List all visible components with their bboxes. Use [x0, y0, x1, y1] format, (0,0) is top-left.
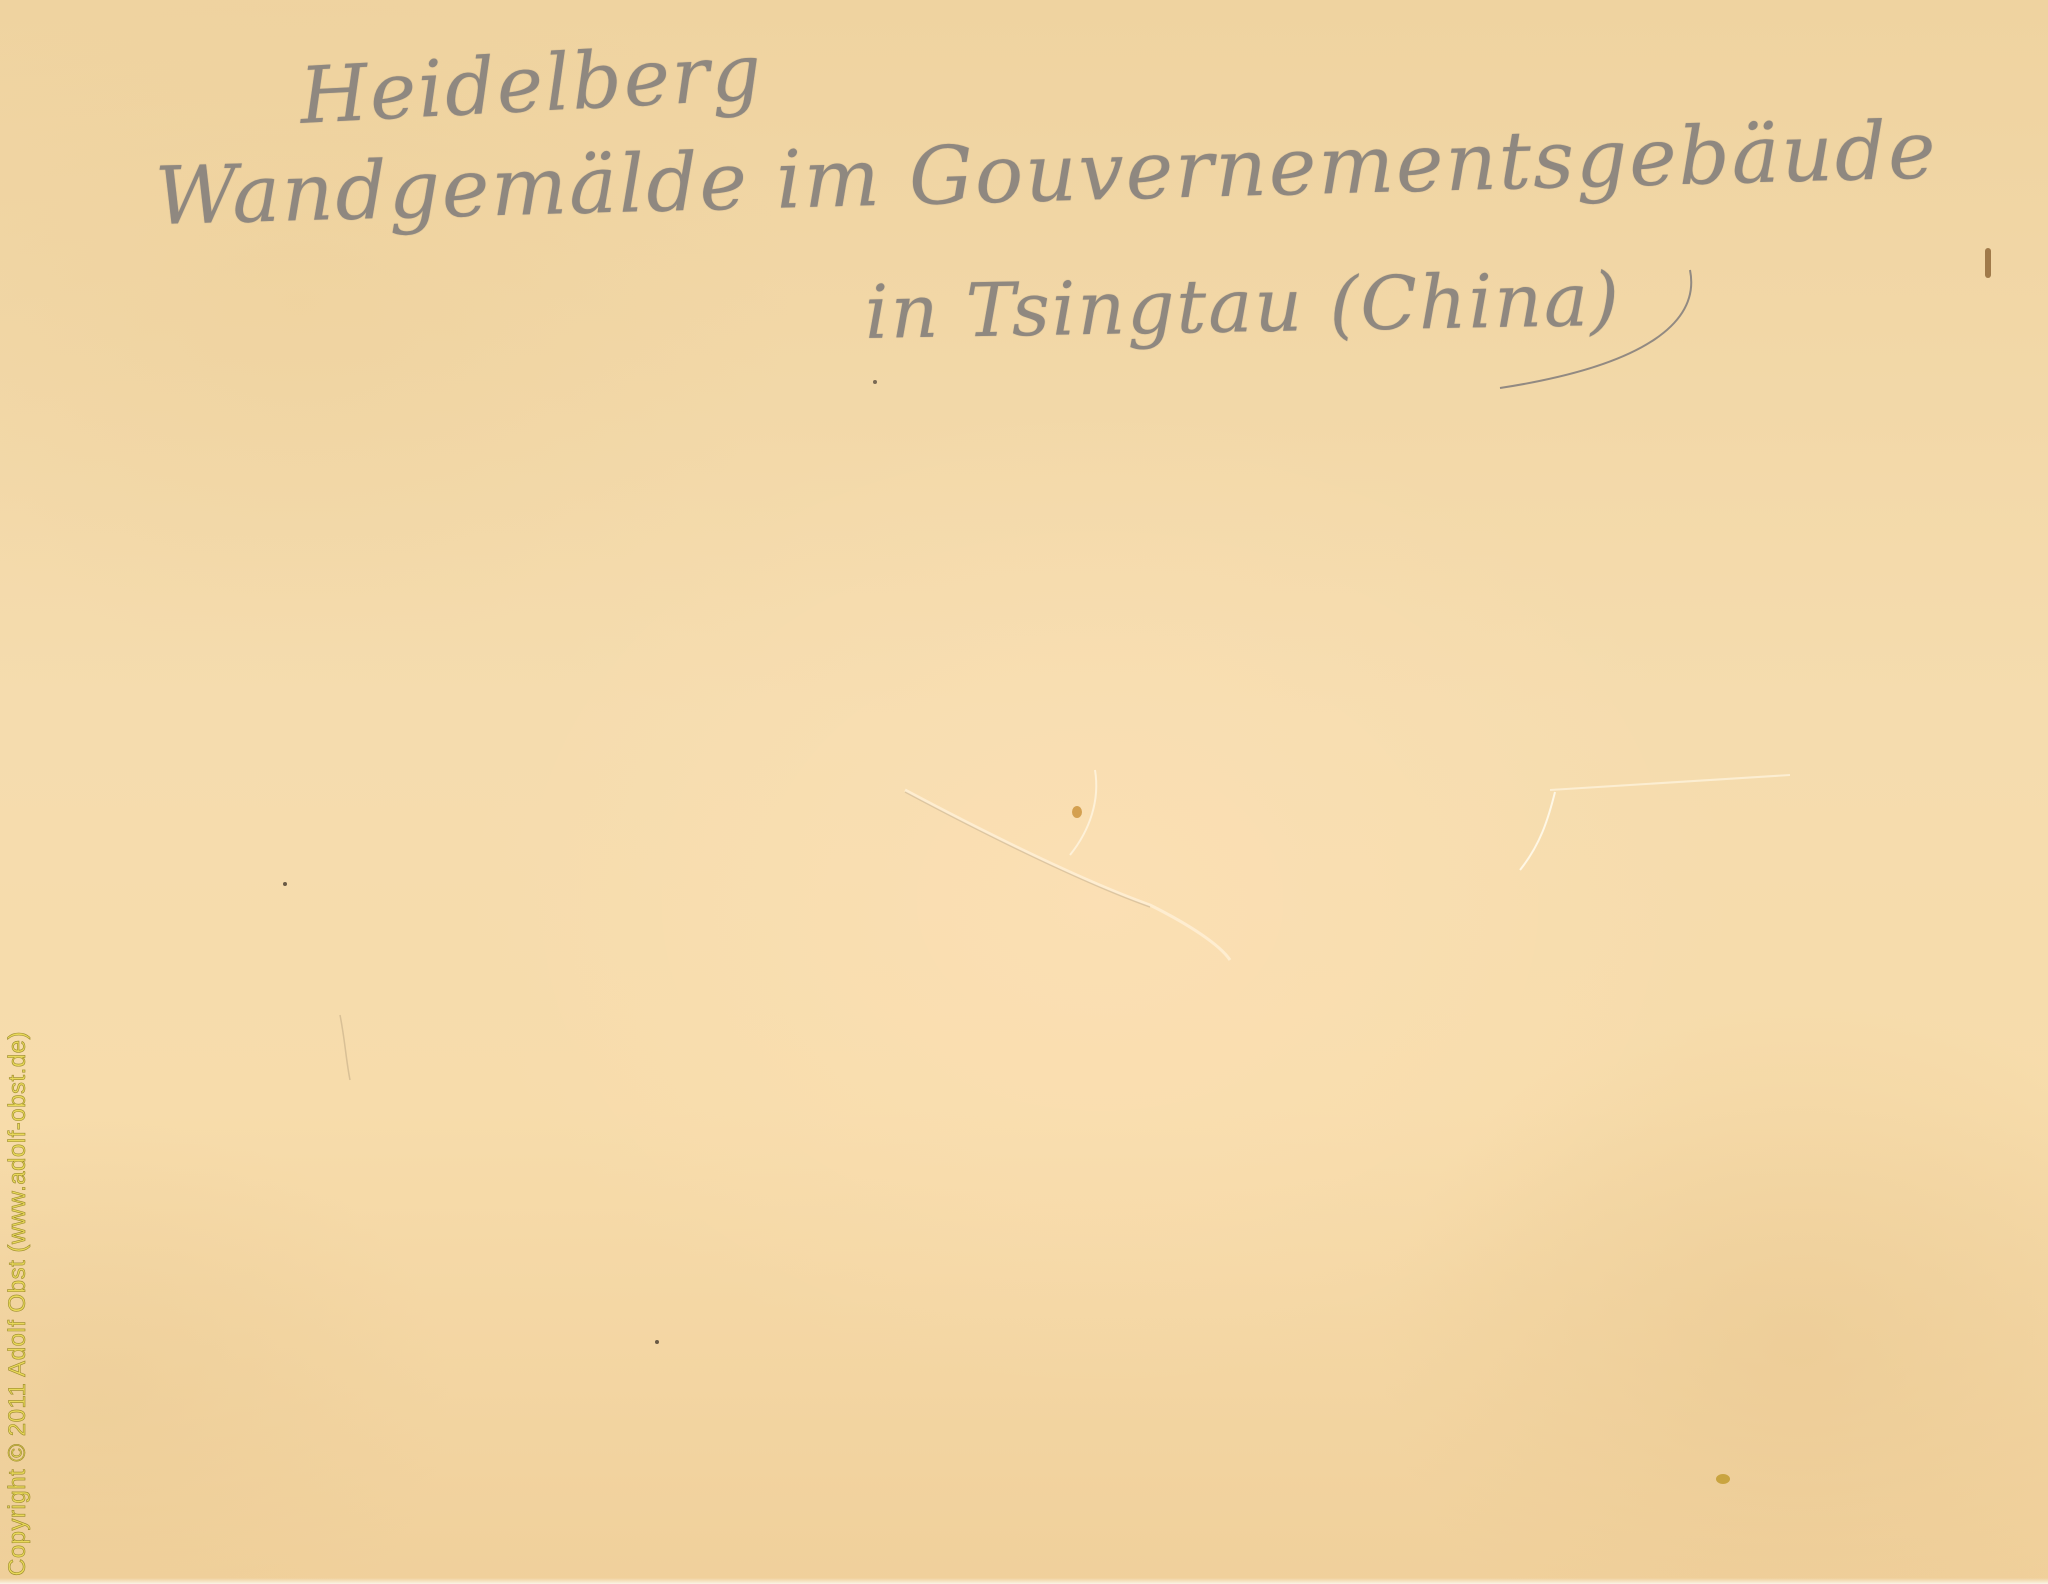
foxing-spot [1072, 806, 1082, 818]
foxing-spot [1985, 248, 1991, 278]
foxing-spot [873, 380, 877, 384]
foxing-spot [1716, 1474, 1730, 1484]
foxing-spot [283, 882, 287, 886]
foxing-spot [655, 1340, 659, 1344]
copyright-watermark: Copyright © 2011 Adolf Obst (www.adolf-o… [4, 1031, 32, 1576]
pencil-flourish [1400, 260, 1700, 400]
paper-bottom-edge [0, 1578, 2048, 1584]
